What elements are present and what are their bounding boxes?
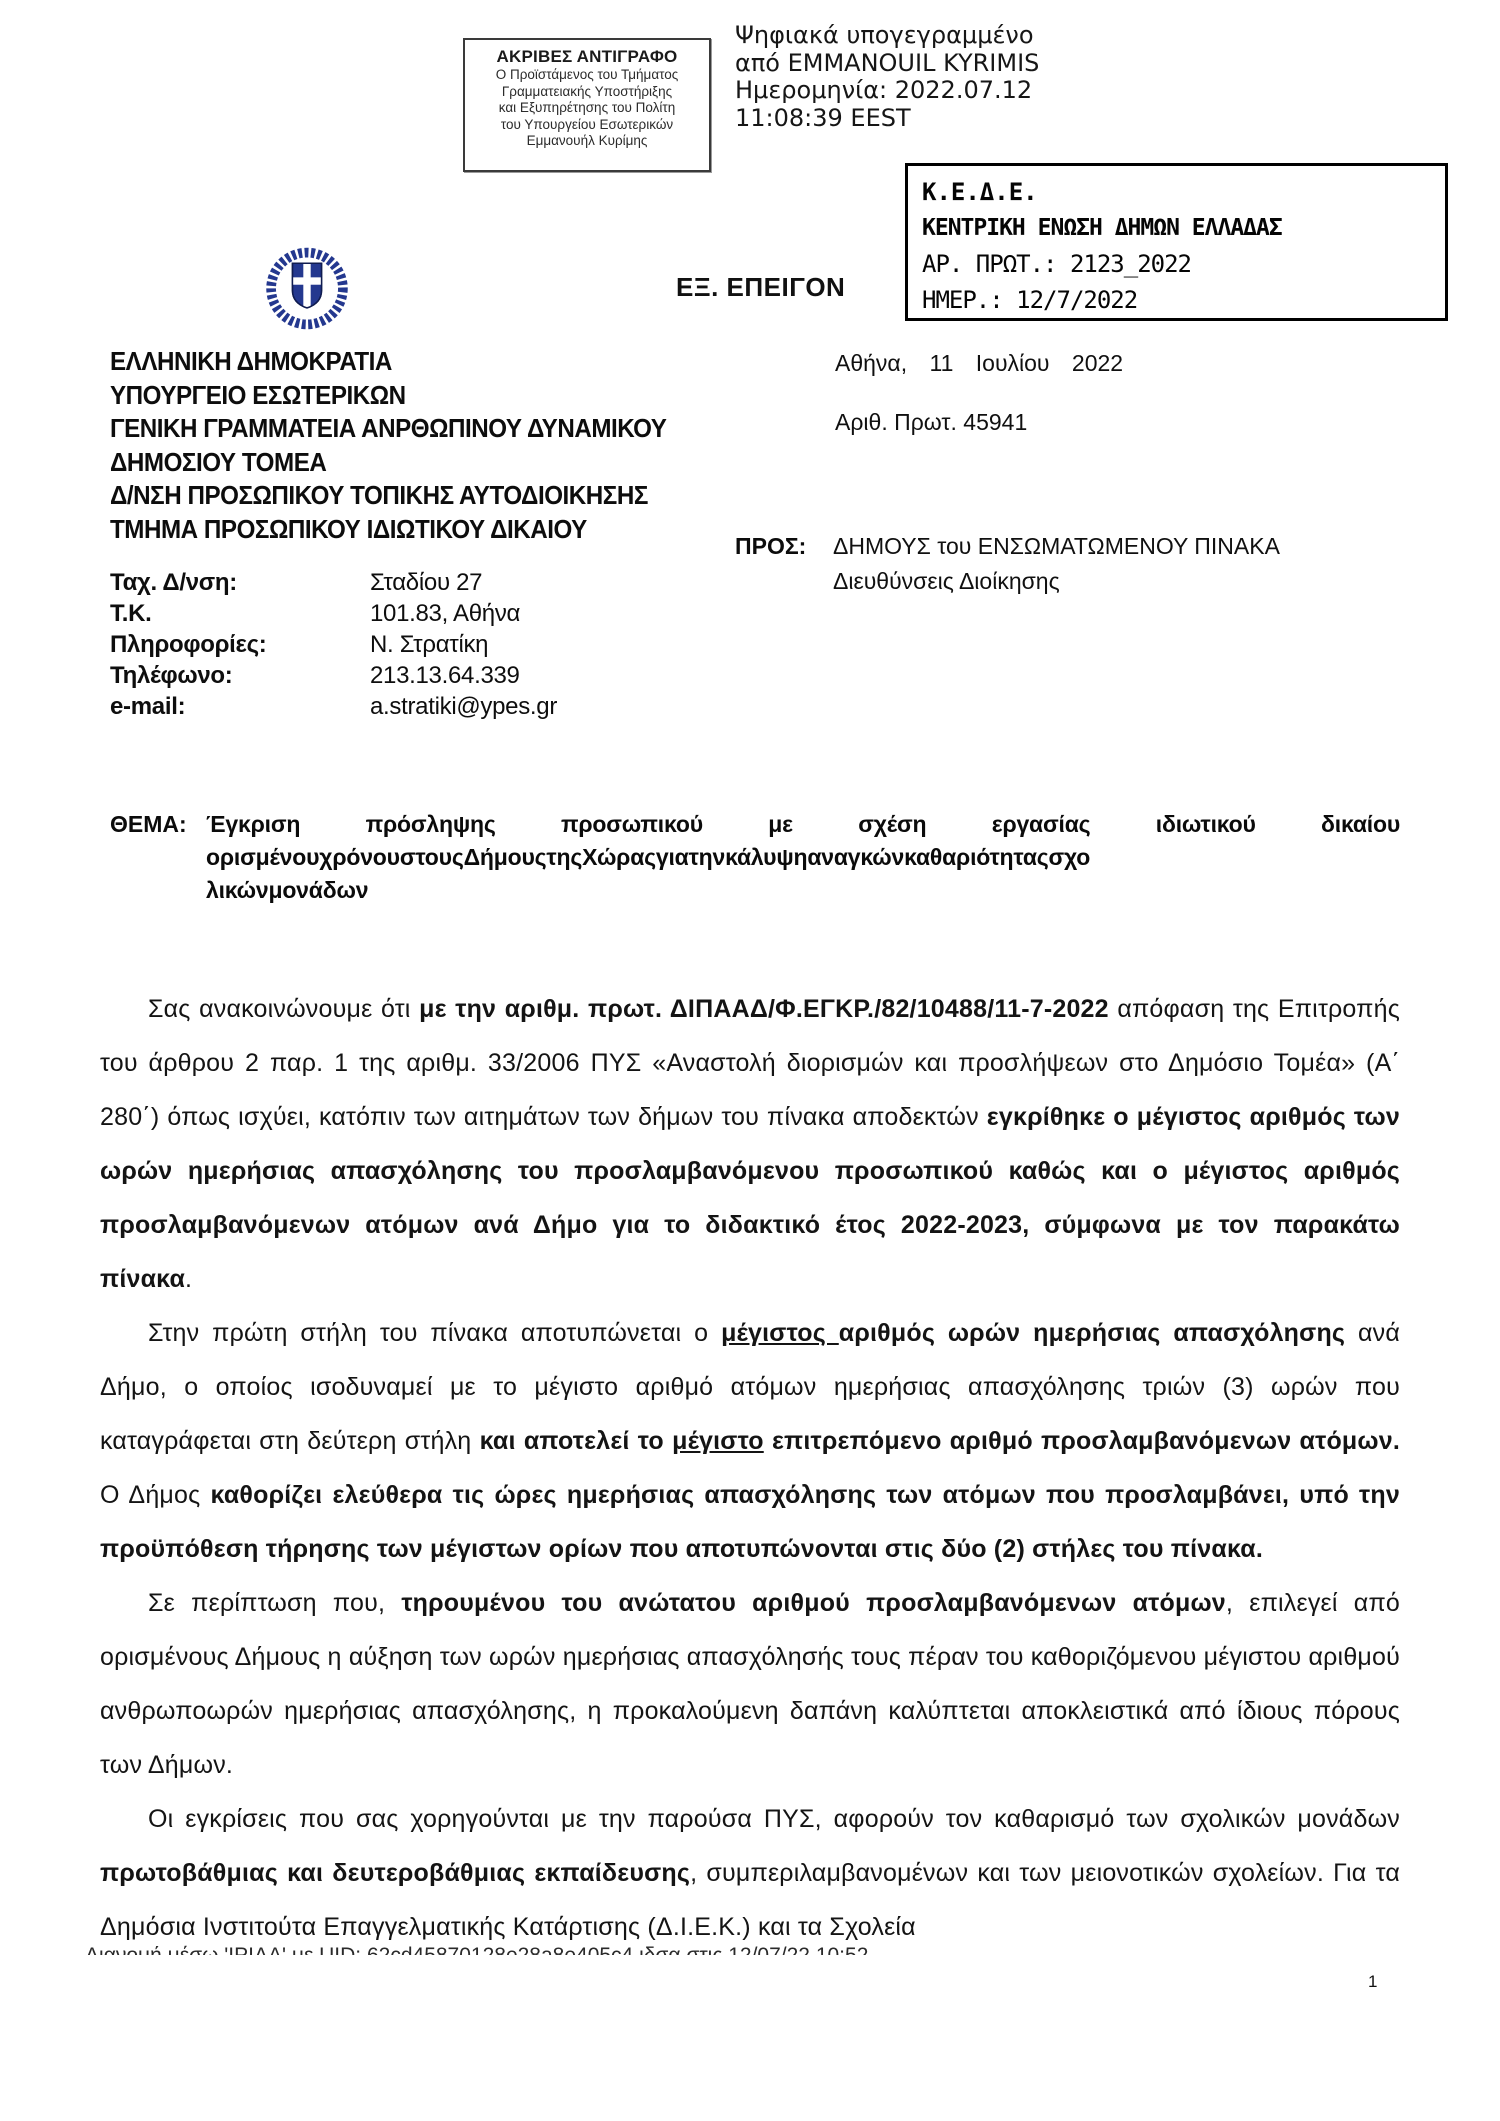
hellenic-republic-emblem-icon: [257, 240, 357, 337]
stamp-line: Εμμανουήλ Κυρίμης: [465, 133, 709, 150]
body-paragraph: Σας ανακοινώνουμε ότι με την αριθμ. πρωτ…: [100, 982, 1400, 1306]
subject-label: ΘΕΜΑ:: [110, 808, 187, 841]
stamp-line: του Υπουργείου Εσωτερικών: [465, 117, 709, 134]
kede-org-full: ΚΕΝΤΡΙΚΗ ΕΝΩΣΗ ΔΗΜΩΝ ΕΛΛΑΔΑΣ: [922, 210, 1431, 246]
contact-label: Πληροφορίες:: [110, 629, 370, 660]
page-number: 1: [1368, 1972, 1377, 1992]
stamp-title: ΑΚΡΙΒΕΣ ΑΝΤΙΓΡΑΦΟ: [465, 47, 709, 67]
digital-signature-line: από EMMANOUIL KYRIMIS: [735, 50, 1039, 78]
body-paragraph: Οι εγκρίσεις που σας χορηγούνται με την …: [100, 1792, 1400, 1954]
contact-row: Τ.Κ. 101.83, Αθήνα: [110, 598, 557, 629]
kede-protocol-stamp: Κ.Ε.Δ.Ε. ΚΕΝΤΡΙΚΗ ΕΝΩΣΗ ΔΗΜΩΝ ΕΛΛΑΔΑΣ ΑΡ…: [905, 163, 1448, 321]
contact-email: a.stratiki@ypes.gr: [370, 691, 557, 722]
contact-label: Ταχ. Δ/νση:: [110, 567, 370, 598]
letterhead-line: ΥΠΟΥΡΓΕΙΟ ΕΣΩΤΕΡΙΚΩΝ: [110, 379, 666, 413]
contact-value: Ν. Στρατίκη: [370, 629, 488, 660]
contact-label: Τ.Κ.: [110, 598, 370, 629]
digital-signature-line: Ημερομηνία: 2022.07.12: [735, 77, 1039, 105]
document-page: ΑΚΡΙΒΕΣ ΑΝΤΙΓΡΑΦΟ Ο Προϊστάμενος του Τμή…: [0, 0, 1500, 2121]
document-date: Αθήνα, 11 Ιουλίου 2022: [835, 350, 1123, 377]
contact-row: Πληροφορίες: Ν. Στρατίκη: [110, 629, 557, 660]
digital-signature-line: Ψηφιακά υπογεγραμμένο: [735, 22, 1039, 50]
subject-line: Έγκριση πρόσληψης προσωπικού με σχέση ερ…: [206, 808, 1400, 841]
protocol-number: Αριθ. Πρωτ. 45941: [835, 409, 1027, 436]
body-paragraph: Σε περίπτωση που, τηρουμένου του ανώτατο…: [100, 1576, 1400, 1792]
letterhead-line: ΔΗΜΟΣΙΟΥ ΤΟΜΕΑ: [110, 446, 666, 480]
subject-text: Έγκριση πρόσληψης προσωπικού με σχέση ερ…: [206, 808, 1400, 907]
certification-stamp-box: ΑΚΡΙΒΕΣ ΑΝΤΙΓΡΑΦΟ Ο Προϊστάμενος του Τμή…: [463, 38, 711, 172]
subject-line: ορισμένουχρόνουστουςΔήμουςτηςΧώραςγιατην…: [206, 841, 1400, 874]
contact-info: Ταχ. Δ/νση: Σταδίου 27 Τ.Κ. 101.83, Αθήν…: [110, 567, 557, 722]
stamp-line: Ο Προϊστάμενος του Τμήματος: [465, 67, 709, 84]
subject-line: λικώνμονάδων: [206, 874, 1400, 907]
letter-body: Σας ανακοινώνουμε ότι με την αριθμ. πρωτ…: [100, 982, 1400, 1954]
contact-row: Τηλέφωνο: 213.13.64.339: [110, 660, 557, 691]
digital-signature-line: 11:08:39 EEST: [735, 105, 1039, 133]
subject-block: ΘΕΜΑ: Έγκριση πρόσληψης προσωπικού με σχ…: [110, 808, 1400, 907]
letterhead-line: ΕΛΛΗΝΙΚΗ ΔΗΜΟΚΡΑΤΙΑ: [110, 345, 666, 379]
contact-value: 101.83, Αθήνα: [370, 598, 520, 629]
contact-value: 213.13.64.339: [370, 660, 520, 691]
recipient-line: ΔΗΜΟΥΣ του ΕΝΣΩΜΑΤΩΜΕΝΟΥ ΠΙΝΑΚΑ: [833, 533, 1280, 560]
recipient-label: ΠΡΟΣ:: [735, 533, 806, 560]
contact-value: Σταδίου 27: [370, 567, 482, 598]
contact-row: Ταχ. Δ/νση: Σταδίου 27: [110, 567, 557, 598]
letterhead-line: ΤΜΗΜΑ ΠΡΟΣΩΠΙΚΟΥ ΙΔΙΩΤΙΚΟΥ ΔΙΚΑΙΟΥ: [110, 513, 666, 547]
contact-label: Τηλέφωνο:: [110, 660, 370, 691]
kede-org-short: Κ.Ε.Δ.Ε.: [922, 174, 1431, 210]
letterhead-line: ΓΕΝΙΚΗ ΓΡΑΜΜΑΤΕΙΑ ΑΝΡΘΩΠΙΝΟΥ ΔΥΝΑΜΙΚΟΥ: [110, 412, 666, 446]
recipient-line: Διευθύνσεις Διοίκησης: [833, 568, 1060, 595]
letterhead-line: Δ/ΝΣΗ ΠΡΟΣΩΠΙΚΟΥ ΤΟΠΙΚΗΣ ΑΥΤΟΔΙΟΙΚΗΣΗΣ: [110, 479, 666, 513]
kede-protocol-number: ΑΡ. ΠΡΩΤ.: 2123_2022: [922, 246, 1431, 282]
contact-label: e-mail:: [110, 691, 370, 722]
stamp-line: και Εξυπηρέτησης του Πολίτη: [465, 100, 709, 117]
kede-date: ΗΜΕΡ.: 12/7/2022: [922, 282, 1431, 318]
digital-signature-text: Ψηφιακά υπογεγραμμένο από EMMANOUIL KYRI…: [735, 22, 1039, 132]
letterhead: ΕΛΛΗΝΙΚΗ ΔΗΜΟΚΡΑΤΙΑ ΥΠΟΥΡΓΕΙΟ ΕΣΩΤΕΡΙΚΩΝ…: [110, 345, 666, 546]
stamp-line: Γραμματειακής Υποστήριξης: [465, 84, 709, 101]
urgency-label: ΕΞ. ΕΠΕΙΓΟΝ: [676, 272, 845, 303]
contact-row: e-mail: a.stratiki@ypes.gr: [110, 691, 557, 722]
body-paragraph: Στην πρώτη στήλη του πίνακα αποτυπώνεται…: [100, 1306, 1400, 1576]
clipped-distribution-line: Διανομή μέσω 'ΙΡΙΔΑ' με UID: 62cd4587012…: [85, 1944, 965, 1955]
